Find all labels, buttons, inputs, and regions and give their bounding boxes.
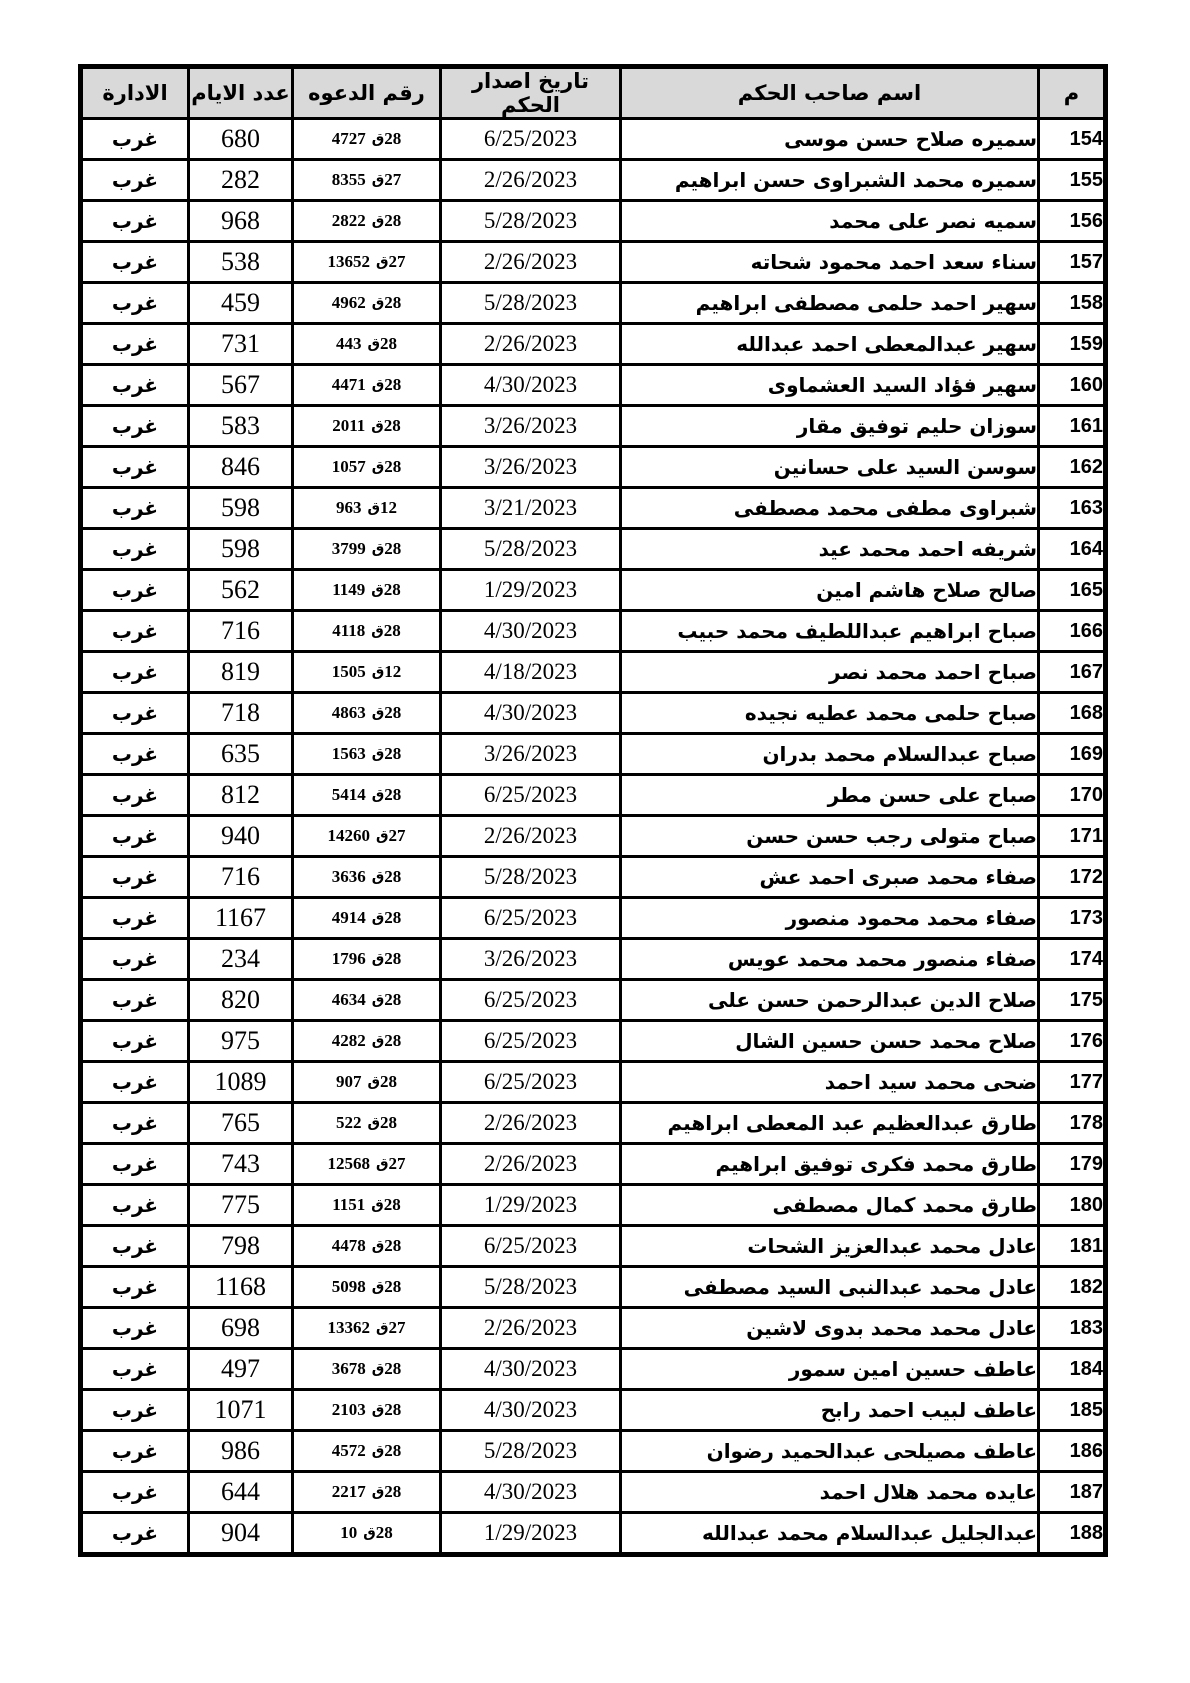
cell-row-number: 184: [1039, 1349, 1106, 1390]
cell-case-number: 443ق28: [293, 324, 441, 365]
case-year-group: ق28: [372, 703, 402, 723]
case-year-value: 28: [384, 908, 401, 928]
table-row: 182عادل محمد عبدالنبى السيد مصطفى5/28/20…: [81, 1267, 1106, 1308]
cell-judgment-date: 2/26/2023: [441, 160, 621, 201]
cell-days-count: 497: [189, 1349, 293, 1390]
judgment-date-value: 4/30/2023: [484, 700, 577, 725]
case-year-value: 28: [384, 375, 401, 395]
case-year-group: ق28: [372, 1441, 402, 1461]
cell-administration: غرب: [81, 734, 189, 775]
case-number-value: 4282: [332, 1031, 366, 1051]
cell-case-number: 3678ق28: [293, 1349, 441, 1390]
cell-judgment-date: 1/29/2023: [441, 570, 621, 611]
case-year-value: 27: [389, 1318, 406, 1338]
judgment-date-value: 2/26/2023: [484, 823, 577, 848]
case-year-value: 28: [384, 949, 401, 969]
case-number-value: 12568: [327, 1154, 370, 1174]
cell-case-number: 2217ق28: [293, 1472, 441, 1513]
table-row: 178طارق عبدالعظيم عبد المعطى ابراهيم2/26…: [81, 1103, 1106, 1144]
cell-case-number: 1796ق28: [293, 939, 441, 980]
cell-row-number: 182: [1039, 1267, 1106, 1308]
cell-judgment-holder-name: صفاء منصور محمد محمد عويس: [621, 939, 1039, 980]
cell-judgment-holder-name: عاطف لبيب احمد رابح: [621, 1390, 1039, 1431]
case-number-value: 14260: [327, 826, 370, 846]
case-number-group: 4914ق28: [294, 908, 439, 928]
cell-administration: غرب: [81, 1103, 189, 1144]
judgment-date-value: 1/29/2023: [484, 1520, 577, 1545]
case-year-value: 28: [380, 1113, 397, 1133]
case-year-group: ق28: [372, 785, 402, 805]
case-number-group: 4962ق28: [294, 293, 439, 313]
case-number-group: 2822ق28: [294, 211, 439, 231]
case-year-group: ق28: [372, 1400, 402, 1420]
cell-days-count: 716: [189, 611, 293, 652]
judgment-date-value: 6/25/2023: [484, 1028, 577, 1053]
cell-judgment-holder-name: سميره محمد الشبراوى حسن ابراهيم: [621, 160, 1039, 201]
case-number-value: 1505: [332, 662, 366, 682]
cell-case-number: 4962ق28: [293, 283, 441, 324]
case-year-group: ق28: [371, 416, 401, 436]
case-year-group: ق28: [372, 539, 402, 559]
cell-judgment-date: 2/26/2023: [441, 1103, 621, 1144]
table-row: 188عبدالجليل عبدالسلام محمد عبدالله1/29/…: [81, 1513, 1106, 1555]
cell-days-count: 812: [189, 775, 293, 816]
case-year-value: 28: [384, 457, 401, 477]
case-year-prefix: ق: [367, 336, 380, 352]
cell-judgment-date: 2/26/2023: [441, 324, 621, 365]
cell-row-number: 179: [1039, 1144, 1106, 1185]
cell-days-count: 680: [189, 119, 293, 160]
judgment-date-value: 2/26/2023: [484, 1315, 577, 1340]
cell-row-number: 156: [1039, 201, 1106, 242]
case-year-prefix: ق: [371, 582, 384, 598]
cell-row-number: 165: [1039, 570, 1106, 611]
cell-judgment-date: 6/25/2023: [441, 775, 621, 816]
case-number-value: 1149: [332, 580, 365, 600]
cell-judgment-date: 3/26/2023: [441, 939, 621, 980]
table-row: 167صباح احمد محمد نصر4/18/20231505ق12819…: [81, 652, 1106, 693]
table-row: 179طارق محمد فكرى توفيق ابراهيم2/26/2023…: [81, 1144, 1106, 1185]
cell-judgment-holder-name: عادل محمد عبدالعزيز الشحات: [621, 1226, 1039, 1267]
table-row: 175صلاح الدين عبدالرحمن حسن على6/25/2023…: [81, 980, 1106, 1021]
cell-judgment-holder-name: سهير عبدالمعطى احمد عبدالله: [621, 324, 1039, 365]
case-year-prefix: ق: [376, 1156, 389, 1172]
case-year-group: ق28: [372, 1236, 402, 1256]
case-year-value: 28: [384, 785, 401, 805]
case-number-group: 1796ق28: [294, 949, 439, 969]
judgment-date-value: 5/28/2023: [484, 864, 577, 889]
case-year-group: ق28: [372, 375, 402, 395]
case-year-group: ق28: [372, 1031, 402, 1051]
cell-case-number: 5414ق28: [293, 775, 441, 816]
case-year-prefix: ق: [367, 500, 380, 516]
cell-row-number: 162: [1039, 447, 1106, 488]
case-year-prefix: ق: [371, 1197, 384, 1213]
case-year-value: 27: [384, 170, 401, 190]
case-year-value: 28: [384, 1441, 401, 1461]
case-year-group: ق28: [371, 1195, 401, 1215]
table-row: 159سهير عبدالمعطى احمد عبدالله2/26/20234…: [81, 324, 1106, 365]
case-number-value: 4962: [332, 293, 366, 313]
case-number-group: 13652ق27: [294, 252, 439, 272]
cell-judgment-date: 3/21/2023: [441, 488, 621, 529]
cell-row-number: 176: [1039, 1021, 1106, 1062]
judgment-date-value: 1/29/2023: [484, 577, 577, 602]
case-number-value: 2822: [332, 211, 366, 231]
case-number-value: 4863: [332, 703, 366, 723]
case-number-value: 4478: [332, 1236, 366, 1256]
cell-administration: غرب: [81, 1308, 189, 1349]
cell-days-count: 765: [189, 1103, 293, 1144]
cell-row-number: 177: [1039, 1062, 1106, 1103]
cell-row-number: 181: [1039, 1226, 1106, 1267]
case-year-group: ق28: [372, 211, 402, 231]
cell-judgment-holder-name: شبراوى مطفى محمد مصطفى: [621, 488, 1039, 529]
judgment-date-value: 5/28/2023: [484, 1438, 577, 1463]
case-number-group: 2011ق28: [294, 416, 439, 436]
judgment-date-value: 4/30/2023: [484, 1397, 577, 1422]
judgment-date-value: 4/30/2023: [484, 1356, 577, 1381]
judgment-date-value: 4/30/2023: [484, 618, 577, 643]
judgment-date-value: 2/26/2023: [484, 1110, 577, 1135]
cell-administration: غرب: [81, 406, 189, 447]
case-year-prefix: ق: [363, 1525, 376, 1541]
cell-administration: غرب: [81, 160, 189, 201]
cell-case-number: 8355ق27: [293, 160, 441, 201]
cell-days-count: 1167: [189, 898, 293, 939]
case-number-value: 963: [336, 498, 362, 518]
cell-administration: غرب: [81, 775, 189, 816]
cell-days-count: 644: [189, 1472, 293, 1513]
cell-administration: غرب: [81, 1144, 189, 1185]
table-row: 164شريفه احمد محمد عيد5/28/20233799ق2859…: [81, 529, 1106, 570]
case-year-group: ق28: [372, 1277, 402, 1297]
cell-days-count: 234: [189, 939, 293, 980]
cell-row-number: 166: [1039, 611, 1106, 652]
judgment-date-value: 6/25/2023: [484, 1069, 577, 1094]
cell-judgment-date: 6/25/2023: [441, 1062, 621, 1103]
case-year-value: 28: [384, 1031, 401, 1051]
case-number-value: 1151: [332, 1195, 365, 1215]
table-row: 161سوزان حليم توفيق مقار3/26/20232011ق28…: [81, 406, 1106, 447]
case-number-group: 4118ق28: [294, 621, 439, 641]
cell-judgment-holder-name: عبدالجليل عبدالسلام محمد عبدالله: [621, 1513, 1039, 1555]
cell-administration: غرب: [81, 816, 189, 857]
case-year-prefix: ق: [372, 1033, 385, 1049]
case-number-value: 3636: [332, 867, 366, 887]
cell-judgment-holder-name: سهير فؤاد السيد العشماوى: [621, 365, 1039, 406]
cell-case-number: 2822ق28: [293, 201, 441, 242]
case-year-prefix: ق: [367, 1074, 380, 1090]
cell-judgment-date: 6/25/2023: [441, 898, 621, 939]
case-year-group: ق12: [367, 498, 397, 518]
case-year-group: ق28: [371, 580, 401, 600]
cell-judgment-holder-name: ضحى محمد سيد احمد: [621, 1062, 1039, 1103]
cell-judgment-date: 5/28/2023: [441, 283, 621, 324]
table-row: 163شبراوى مطفى محمد مصطفى3/21/2023963ق12…: [81, 488, 1106, 529]
cell-case-number: 3799ق28: [293, 529, 441, 570]
case-year-value: 28: [384, 1400, 401, 1420]
case-year-prefix: ق: [372, 1484, 385, 1500]
cell-judgment-holder-name: عاطف حسين امين سمور: [621, 1349, 1039, 1390]
judgment-date-value: 6/25/2023: [484, 987, 577, 1012]
cell-days-count: 975: [189, 1021, 293, 1062]
case-year-value: 28: [384, 293, 401, 313]
cell-administration: غرب: [81, 1226, 189, 1267]
case-year-value: 28: [376, 1523, 393, 1543]
cell-days-count: 635: [189, 734, 293, 775]
col-header-case: رقم الدعوه: [293, 67, 441, 119]
cell-judgment-date: 4/18/2023: [441, 652, 621, 693]
cell-row-number: 180: [1039, 1185, 1106, 1226]
case-year-prefix: ق: [372, 1279, 385, 1295]
table-row: 170صباح على حسن مطر6/25/20235414ق28812غر…: [81, 775, 1106, 816]
case-year-value: 28: [384, 129, 401, 149]
case-year-prefix: ق: [367, 1115, 380, 1131]
cell-days-count: 775: [189, 1185, 293, 1226]
judgment-date-value: 6/25/2023: [484, 905, 577, 930]
case-year-group: ق28: [372, 990, 402, 1010]
case-number-value: 522: [336, 1113, 362, 1133]
col-header-idx: م: [1039, 67, 1106, 119]
cell-judgment-holder-name: سناء سعد احمد محمود شحاته: [621, 242, 1039, 283]
cell-judgment-holder-name: طارق عبدالعظيم عبد المعطى ابراهيم: [621, 1103, 1039, 1144]
case-year-prefix: ق: [372, 951, 385, 967]
case-number-group: 4478ق28: [294, 1236, 439, 1256]
cell-days-count: 940: [189, 816, 293, 857]
case-year-value: 28: [384, 211, 401, 231]
table-row: 174صفاء منصور محمد محمد عويس3/26/2023179…: [81, 939, 1106, 980]
cell-case-number: 2011ق28: [293, 406, 441, 447]
case-number-group: 14260ق27: [294, 826, 439, 846]
cell-case-number: 10ق28: [293, 1513, 441, 1555]
cell-judgment-holder-name: عاطف مصيلحى عبدالحميد رضوان: [621, 1431, 1039, 1472]
case-year-prefix: ق: [372, 377, 385, 393]
case-year-prefix: ق: [372, 910, 385, 926]
table-row: 156سميه نصر على محمد5/28/20232822ق28968غ…: [81, 201, 1106, 242]
cell-case-number: 4572ق28: [293, 1431, 441, 1472]
judgment-date-value: 1/29/2023: [484, 1192, 577, 1217]
cell-judgment-holder-name: طارق محمد كمال مصطفى: [621, 1185, 1039, 1226]
cell-administration: غرب: [81, 324, 189, 365]
cell-case-number: 4914ق28: [293, 898, 441, 939]
case-number-group: 13362ق27: [294, 1318, 439, 1338]
col-header-days: عدد الايام: [189, 67, 293, 119]
cell-administration: غرب: [81, 1513, 189, 1555]
case-year-value: 12: [384, 662, 401, 682]
judgment-date-value: 2/26/2023: [484, 1151, 577, 1176]
cell-judgment-date: 4/30/2023: [441, 693, 621, 734]
case-number-group: 2217ق28: [294, 1482, 439, 1502]
case-year-group: ق28: [372, 129, 402, 149]
cell-administration: غرب: [81, 283, 189, 324]
cell-judgment-holder-name: سميه نصر على محمد: [621, 201, 1039, 242]
cell-case-number: 4634ق28: [293, 980, 441, 1021]
table-row: 177ضحى محمد سيد احمد6/25/2023907ق281089غ…: [81, 1062, 1106, 1103]
cell-administration: غرب: [81, 939, 189, 980]
cell-days-count: 567: [189, 365, 293, 406]
cell-days-count: 731: [189, 324, 293, 365]
cell-days-count: 798: [189, 1226, 293, 1267]
col-header-name: اسم صاحب الحكم: [621, 67, 1039, 119]
table-row: 183عادل محمد محمد بدوى لاشين2/26/2023133…: [81, 1308, 1106, 1349]
cell-judgment-date: 6/25/2023: [441, 1226, 621, 1267]
case-number-value: 4572: [332, 1441, 366, 1461]
judgment-date-value: 2/26/2023: [484, 249, 577, 274]
cell-judgment-holder-name: صالح صلاح هاشم امين: [621, 570, 1039, 611]
case-year-prefix: ق: [372, 664, 385, 680]
document-page: ماسم صاحب الحكمتاريخ اصدار الحكمرقم الدع…: [0, 0, 1190, 1683]
cell-judgment-holder-name: سهير احمد حلمى مصطفى ابراهيم: [621, 283, 1039, 324]
cell-row-number: 154: [1039, 119, 1106, 160]
cell-case-number: 1149ق28: [293, 570, 441, 611]
case-year-prefix: ق: [372, 705, 385, 721]
case-number-group: 1505ق12: [294, 662, 439, 682]
judgment-date-value: 3/26/2023: [484, 741, 577, 766]
case-year-group: ق27: [376, 1154, 406, 1174]
cell-administration: غرب: [81, 693, 189, 734]
cell-days-count: 846: [189, 447, 293, 488]
case-number-value: 1563: [332, 744, 366, 764]
cell-row-number: 183: [1039, 1308, 1106, 1349]
case-year-group: ق28: [367, 334, 397, 354]
case-year-value: 12: [380, 498, 397, 518]
case-number-group: 1149ق28: [294, 580, 439, 600]
case-year-prefix: ق: [372, 787, 385, 803]
cell-days-count: 716: [189, 857, 293, 898]
case-year-value: 28: [384, 1277, 401, 1297]
cell-judgment-date: 2/26/2023: [441, 242, 621, 283]
judgment-date-value: 6/25/2023: [484, 126, 577, 151]
case-year-group: ق28: [372, 908, 402, 928]
cell-row-number: 172: [1039, 857, 1106, 898]
table-header: ماسم صاحب الحكمتاريخ اصدار الحكمرقم الدع…: [81, 67, 1106, 119]
cell-case-number: 13652ق27: [293, 242, 441, 283]
cell-row-number: 170: [1039, 775, 1106, 816]
case-number-value: 1796: [332, 949, 366, 969]
case-year-prefix: ق: [372, 172, 385, 188]
cell-case-number: 963ق12: [293, 488, 441, 529]
judgment-date-value: 2/26/2023: [484, 331, 577, 356]
cell-administration: غرب: [81, 119, 189, 160]
cell-judgment-holder-name: طارق محمد فكرى توفيق ابراهيم: [621, 1144, 1039, 1185]
case-number-value: 8355: [332, 170, 366, 190]
case-year-prefix: ق: [376, 828, 389, 844]
case-year-value: 28: [384, 416, 401, 436]
cell-administration: غرب: [81, 1390, 189, 1431]
cell-administration: غرب: [81, 1349, 189, 1390]
cell-row-number: 169: [1039, 734, 1106, 775]
cell-case-number: 4478ق28: [293, 1226, 441, 1267]
case-number-group: 963ق12: [294, 498, 439, 518]
cell-row-number: 163: [1039, 488, 1106, 529]
table-row: 184عاطف حسين امين سمور4/30/20233678ق2849…: [81, 1349, 1106, 1390]
case-year-value: 28: [384, 1195, 401, 1215]
case-number-value: 4118: [332, 621, 365, 641]
cell-administration: غرب: [81, 1267, 189, 1308]
case-year-group: ق28: [372, 949, 402, 969]
table-row: 172صفاء محمد صبرى احمد عش5/28/20233636ق2…: [81, 857, 1106, 898]
case-year-prefix: ق: [371, 418, 384, 434]
table-row: 185عاطف لبيب احمد رابح4/30/20232103ق2810…: [81, 1390, 1106, 1431]
case-year-value: 28: [384, 990, 401, 1010]
cell-days-count: 282: [189, 160, 293, 201]
cell-days-count: 562: [189, 570, 293, 611]
cell-administration: غرب: [81, 201, 189, 242]
case-number-value: 2103: [332, 1400, 366, 1420]
cell-days-count: 698: [189, 1308, 293, 1349]
case-number-value: 5414: [332, 785, 366, 805]
cell-days-count: 538: [189, 242, 293, 283]
case-number-group: 5414ق28: [294, 785, 439, 805]
cell-administration: غرب: [81, 242, 189, 283]
case-year-value: 28: [380, 334, 397, 354]
cell-row-number: 168: [1039, 693, 1106, 734]
case-year-group: ق28: [371, 621, 401, 641]
cell-administration: غرب: [81, 1472, 189, 1513]
cell-judgment-date: 5/28/2023: [441, 1267, 621, 1308]
col-header-admin: الادارة: [81, 67, 189, 119]
cell-judgment-holder-name: شريفه احمد محمد عيد: [621, 529, 1039, 570]
cell-days-count: 904: [189, 1513, 293, 1555]
case-number-value: 907: [336, 1072, 362, 1092]
cell-judgment-date: 4/30/2023: [441, 1472, 621, 1513]
cell-case-number: 1151ق28: [293, 1185, 441, 1226]
table-row: 187عايده محمد هلال احمد4/30/20232217ق286…: [81, 1472, 1106, 1513]
cell-judgment-holder-name: سوسن السيد على حسانين: [621, 447, 1039, 488]
cell-judgment-date: 3/26/2023: [441, 734, 621, 775]
cell-judgment-date: 4/30/2023: [441, 611, 621, 652]
cell-row-number: 159: [1039, 324, 1106, 365]
judgment-date-value: 4/30/2023: [484, 372, 577, 397]
cell-case-number: 4727ق28: [293, 119, 441, 160]
cell-days-count: 743: [189, 1144, 293, 1185]
case-year-value: 28: [384, 580, 401, 600]
cell-case-number: 2103ق28: [293, 1390, 441, 1431]
cell-judgment-holder-name: عادل محمد محمد بدوى لاشين: [621, 1308, 1039, 1349]
cell-case-number: 907ق28: [293, 1062, 441, 1103]
cell-judgment-holder-name: صباح حلمى محمد عطيه نجيده: [621, 693, 1039, 734]
cell-judgment-date: 4/30/2023: [441, 1390, 621, 1431]
case-year-value: 28: [384, 1236, 401, 1256]
case-year-prefix: ق: [372, 459, 385, 475]
case-number-group: 443ق28: [294, 334, 439, 354]
cell-row-number: 186: [1039, 1431, 1106, 1472]
judgments-table: ماسم صاحب الحكمتاريخ اصدار الحكمرقم الدع…: [78, 64, 1108, 1557]
cell-judgment-date: 5/28/2023: [441, 201, 621, 242]
cell-administration: غرب: [81, 365, 189, 406]
table-row: 180طارق محمد كمال مصطفى1/29/20231151ق287…: [81, 1185, 1106, 1226]
cell-days-count: 583: [189, 406, 293, 447]
cell-row-number: 188: [1039, 1513, 1106, 1555]
case-number-value: 13652: [327, 252, 370, 272]
cell-row-number: 185: [1039, 1390, 1106, 1431]
table-row: 160سهير فؤاد السيد العشماوى4/30/20234471…: [81, 365, 1106, 406]
table-row: 155سميره محمد الشبراوى حسن ابراهيم2/26/2…: [81, 160, 1106, 201]
cell-judgment-date: 3/26/2023: [441, 406, 621, 447]
case-number-value: 4727: [332, 129, 366, 149]
case-year-prefix: ق: [372, 131, 385, 147]
cell-judgment-holder-name: سميره صلاح حسن موسى: [621, 119, 1039, 160]
cell-days-count: 820: [189, 980, 293, 1021]
cell-judgment-date: 6/25/2023: [441, 980, 621, 1021]
cell-judgment-date: 5/28/2023: [441, 529, 621, 570]
cell-days-count: 968: [189, 201, 293, 242]
table-row: 168صباح حلمى محمد عطيه نجيده4/30/2023486…: [81, 693, 1106, 734]
case-number-group: 1563ق28: [294, 744, 439, 764]
case-year-group: ق28: [372, 457, 402, 477]
table-row: 171صباح متولى رجب حسن حسن2/26/202314260ق…: [81, 816, 1106, 857]
